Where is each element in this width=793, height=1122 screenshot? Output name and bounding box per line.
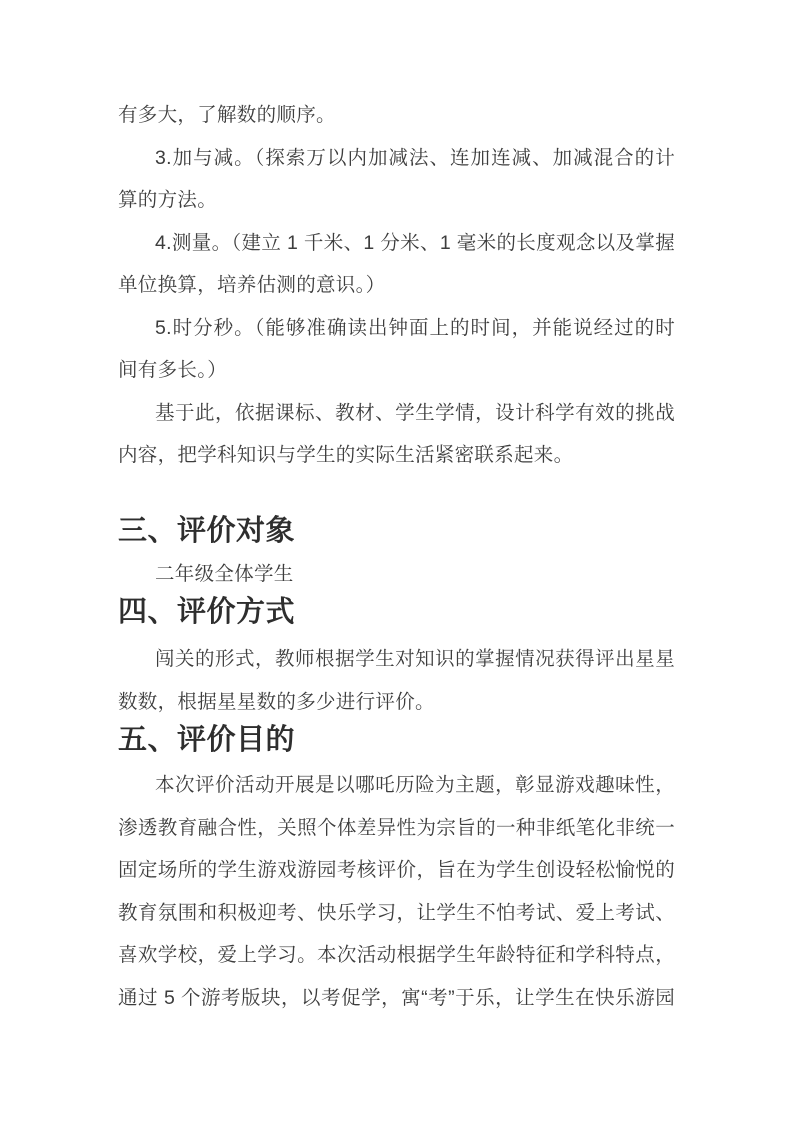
section-heading: 五、评价目的: [118, 719, 675, 762]
paragraph-line: 固定场所的学生游戏游园考核评价，旨在为学生创设轻松愉悦的: [118, 849, 675, 892]
document-body: 有多大，了解数的顺序。3.加与减。（探索万以内加减法、连加连减、加减混合的计算的…: [118, 0, 675, 1019]
paragraph-line: 4.测量。（建立 1 千米、1 分米、1 毫米的长度观念以及掌握: [118, 222, 675, 265]
paragraph-line: 二年级全体学生: [118, 553, 675, 596]
document-page: 有多大，了解数的顺序。3.加与减。（探索万以内加减法、连加连减、加减混合的计算的…: [0, 0, 793, 1122]
paragraph-line: 本次评价活动开展是以哪吒历险为主题，彰显游戏趣味性，: [118, 764, 675, 807]
paragraph-line: 5.时分秒。（能够准确读出钟面上的时间，并能说经过的时: [118, 307, 675, 350]
section-heading: 三、评价对象: [118, 510, 675, 553]
paragraph-line: 喜欢学校，爱上学习。本次活动根据学生年龄特征和学科特点，: [118, 934, 675, 977]
paragraph-line: 基于此，依据课标、教材、学生学情，设计科学有效的挑战: [118, 392, 675, 435]
paragraph-line: 有多大，了解数的顺序。: [118, 94, 675, 137]
section-heading: 四、评价方式: [118, 591, 675, 634]
paragraph-line: 间有多长。）: [118, 349, 675, 392]
paragraph-line: 闯关的形式，教师根据学生对知识的掌握情况获得评出星星: [118, 638, 675, 681]
paragraph-line: 单位换算，培养估测的意识。）: [118, 264, 675, 307]
paragraph-line: 算的方法。: [118, 179, 675, 222]
paragraph-line: 内容，把学科知识与学生的实际生活紧密联系起来。: [118, 434, 675, 477]
paragraph-line: 数数，根据星星数的多少进行评价。: [118, 681, 675, 724]
paragraph-line: 通过 5 个游考版块，以考促学，寓“考”于乐，让学生在快乐游园: [118, 977, 675, 1020]
paragraph-line: 渗透教育融合性，关照个体差异性为宗旨的一种非纸笔化非统一: [118, 807, 675, 850]
paragraph-line: 教育氛围和积极迎考、快乐学习，让学生不怕考试、爱上考试、: [118, 892, 675, 935]
paragraph-line: 3.加与减。（探索万以内加减法、连加连减、加减混合的计: [118, 137, 675, 180]
